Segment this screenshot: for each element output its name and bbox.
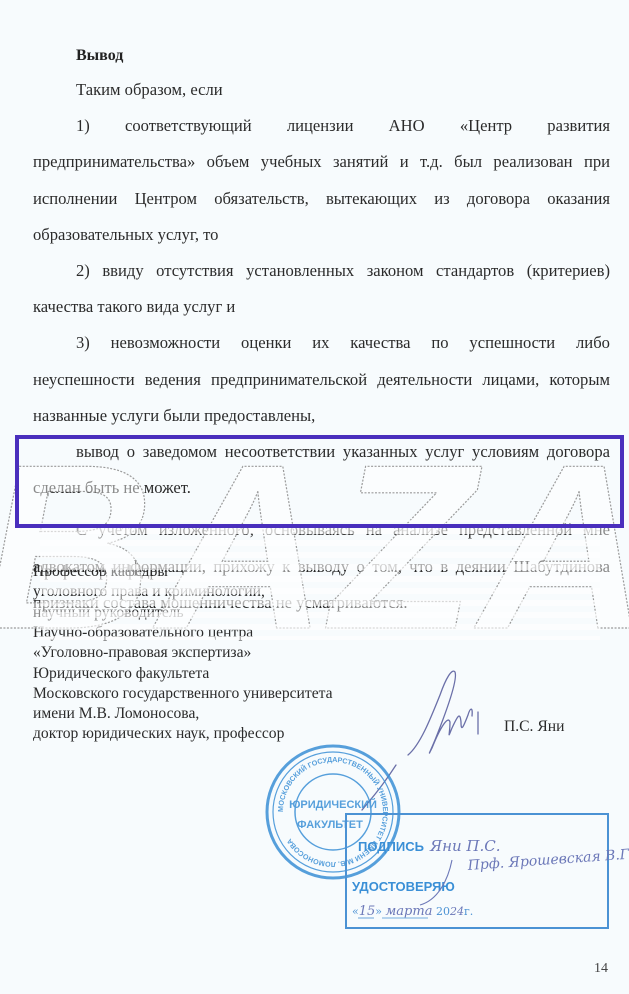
signature-block-line: научный руководитель xyxy=(33,604,184,622)
text-line: 3)невозможностиоценкиихкачествапоуспешно… xyxy=(76,333,610,353)
svg-text:Яни П.С.: Яни П.С. xyxy=(429,837,501,855)
text-line: названные услуги были предоставлены, xyxy=(33,406,315,426)
text-line: вывод о заведомом несоответствии указанн… xyxy=(76,442,610,462)
text-line: неуспешности ведения предпринимательской… xyxy=(33,370,610,390)
highlighted-text-line: С учетом изложенного, основываясь на ана… xyxy=(76,520,610,540)
svg-text:ЮРИДИЧЕСКИЙ: ЮРИДИЧЕСКИЙ xyxy=(289,798,377,811)
svg-text:УДОСТОВЕРЯЮ: УДОСТОВЕРЯЮ xyxy=(352,879,455,894)
signature-block-line: Профессор кафедры xyxy=(33,563,168,581)
text-line: 1)соответствующийлицензииАНО«Центрразвит… xyxy=(76,116,610,136)
signature-block-line: имени М.В. Ломоносова, xyxy=(33,705,199,723)
text-line: сделан быть не может. xyxy=(33,478,191,498)
signature-block-line: доктор юридических наук, профессор xyxy=(33,725,284,743)
svg-text:ФАКУЛЬТЕТ: ФАКУЛЬТЕТ xyxy=(297,819,363,831)
svg-text:МОСКОВСКИЙ ГОСУДАРСТВЕННЫЙ УНИ: МОСКОВСКИЙ ГОСУДАРСТВЕННЫЙ УНИВЕРСИТЕТ И… xyxy=(276,755,390,869)
text-line: Таким образом, если xyxy=(76,80,223,100)
signature-block-line: уголовного права и криминологии, xyxy=(33,583,265,601)
text-line: предпринимательства» объем учебных занят… xyxy=(33,152,610,172)
round-stamp-icon: МОСКОВСКИЙ ГОСУДАРСТВЕННЫЙ УНИВЕРСИТЕТ И… xyxy=(267,746,399,878)
section-heading: Вывод xyxy=(76,47,123,65)
text-line: исполнении Центром обязательств, вытекаю… xyxy=(33,189,610,209)
signature-block-line: Московского государственного университет… xyxy=(33,685,333,703)
text-line: 2) ввиду отсутствия установленных законо… xyxy=(76,261,610,281)
page-number: 14 xyxy=(594,961,608,977)
signature-block-line: Юридического факультета xyxy=(33,665,209,683)
signature-block-line: «Уголовно-правовая экспертиза» xyxy=(33,644,251,662)
document-page: Вывод Таким образом, если1)соответствующ… xyxy=(0,0,629,994)
signatory-name: П.С. Яни xyxy=(504,718,564,736)
text-line: качества такого вида услуг и xyxy=(33,297,235,317)
text-line: образовательных услуг, то xyxy=(33,225,218,245)
signature-block-line: Научно-образовательного центра xyxy=(33,624,253,642)
handwritten-signature-icon xyxy=(362,671,478,810)
svg-text:ПОДПИСЬ: ПОДПИСЬ xyxy=(358,839,424,854)
svg-text:«15» марта 2024г.: «15» марта 2024г. xyxy=(352,904,473,919)
svg-text:Прф. Ярошевская В.Г.: Прф. Ярошевская В.Г. xyxy=(466,846,629,874)
certification-stamp-icon: ПОДПИСЬ УДОСТОВЕРЯЮ Яни П.С. Прф. Ярошев… xyxy=(346,814,629,928)
